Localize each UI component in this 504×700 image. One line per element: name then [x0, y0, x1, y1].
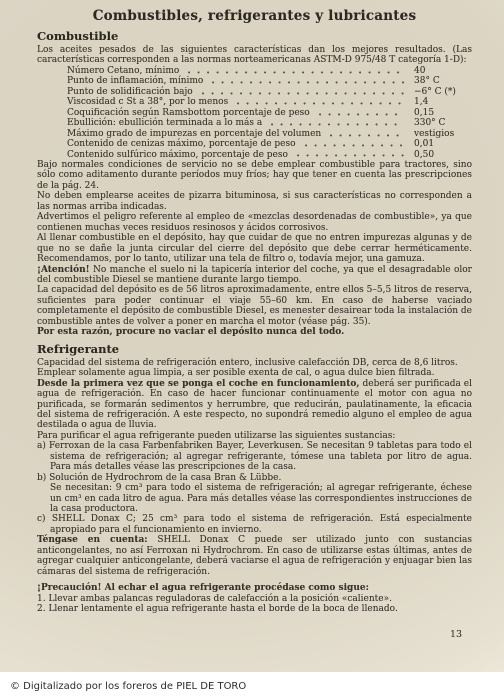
spec-label: Número Cetano, mínimo [37, 66, 179, 76]
paragraph-tractores: Bajo normales condiciones de servicio no… [37, 160, 472, 191]
page-body: CombustibleLos aceites pesados de las si… [37, 30, 472, 615]
paragraph-pizarra: No deben emplearse aceites de pizarra bi… [37, 191, 472, 212]
scanned-page: Combustibles, refrigerantes y lubricante… [0, 0, 504, 700]
paragraph-purificada: Desde la primera vez que se ponga el coc… [37, 379, 472, 431]
bold-text: Téngase en cuenta: [37, 535, 148, 545]
paragraph-sustancias: Para purificar el agua refrigerante pued… [37, 431, 472, 441]
spec-value: 0,15 [414, 108, 472, 118]
spec-label: Contenido de cenizas máximo, porcentaje … [37, 139, 296, 149]
spec-value: vestigios [414, 129, 472, 139]
text: No manche el suelo ni la tapicería inter… [37, 265, 472, 285]
spec-row: Punto de inflamación, mínimo38° C [37, 76, 472, 86]
spec-value: 0,50 [414, 150, 472, 160]
spec-label: Punto de solidificación bajo [37, 87, 193, 97]
paragraph-capacidad: La capacidad del depósito es de 56 litro… [37, 285, 472, 327]
section-heading-refrigerante: Refrigerante [37, 343, 472, 356]
dot-leader-icon [202, 92, 404, 95]
bold-text: ¡Precaución! Al echar el agua refrigeran… [37, 583, 369, 593]
spec-row: Número Cetano, mínimo40 [37, 66, 472, 76]
text: La capacidad del depósito es de 56 litro… [37, 285, 472, 326]
spec-value: 330° C [414, 118, 472, 128]
list-item-a: a) Ferroxan de la casa Farbenfabriken Ba… [37, 441, 472, 472]
spec-value: 1,4 [414, 97, 472, 107]
dot-leader-icon [297, 154, 404, 157]
bold-text: Desde la primera vez que se ponga el coc… [37, 379, 360, 389]
spec-row: Viscosidad c St a 38°, por lo menos1,4 [37, 97, 472, 107]
spec-label: Ebullición: ebullición terminada a lo má… [37, 118, 262, 128]
spec-label: Máximo grado de impurezas en porcentaje … [37, 129, 321, 139]
paragraph-tengase: Téngase en cuenta: SHELL Donax C puede s… [37, 535, 472, 577]
spec-value: 38° C [414, 76, 472, 86]
watermark-text: © Digitalizado por los foreros de PIEL D… [10, 681, 246, 692]
text: No deben emplearse aceites de pizarra bi… [37, 191, 472, 211]
spec-row: Contenido de cenizas máximo, porcentaje … [37, 139, 472, 149]
dot-leader-icon [212, 81, 404, 84]
spec-value: 0,01 [414, 139, 472, 149]
text: Para purificar el agua refrigerante pued… [37, 431, 395, 441]
procedure-step-1: 1. Llevar ambas palancas reguladoras de … [37, 594, 472, 604]
text: 1. Llevar ambas palancas reguladoras de … [37, 594, 392, 604]
bold-text: ¡Atención! [37, 265, 90, 275]
spec-value: 40 [414, 66, 472, 76]
spec-value: −6° C (*) [414, 87, 472, 97]
paragraph-mezclas: Advertimos el peligro referente al emple… [37, 212, 472, 233]
paragraph-atencion: ¡Atención! No manche el suelo ni la tapi… [37, 265, 472, 286]
text: a) Ferroxan de la casa Farbenfabriken Ba… [37, 441, 472, 472]
dot-leader-icon [305, 144, 404, 147]
spec-label: Contenido sulfúrico máximo, porcentaje d… [37, 150, 288, 160]
paragraph-intro: Los aceites pesados de las siguientes ca… [37, 45, 472, 66]
precaution-heading: ¡Precaución! Al echar el agua refrigeran… [37, 583, 472, 593]
spec-row: Ebullición: ebullición terminada a lo má… [37, 118, 472, 128]
list-item-c: c) SHELL Donax C; 25 cm³ para todo el si… [37, 514, 472, 535]
text: Al llenar combustible en el depósito, ha… [37, 233, 472, 264]
spec-label: Coquificación según Ramsbottom porcentaj… [37, 108, 310, 118]
manual-page: Combustibles, refrigerantes y lubricante… [0, 0, 504, 672]
bold-text: Refrigerante [37, 342, 119, 356]
spec-row: Coquificación según Ramsbottom porcentaj… [37, 108, 472, 118]
text: Emplear solamente agua limpia, a ser pos… [37, 368, 435, 378]
paragraph-capacidad-refrigeracion: Capacidad del sistema de refrigeración e… [37, 358, 472, 368]
spec-row: Punto de solidificación bajo−6° C (*) [37, 87, 472, 97]
paragraph-agua-limpia: Emplear solamente agua limpia, a ser pos… [37, 368, 472, 378]
text: Se necesitan: 9 cm³ para todo el sistema… [50, 483, 472, 514]
fuel-spec-list: Número Cetano, mínimo40Punto de inflamac… [37, 66, 472, 160]
spec-row: Contenido sulfúrico máximo, porcentaje d… [37, 150, 472, 160]
bold-text: Por esta razón, procure no vaciar el dep… [37, 327, 344, 337]
dot-leader-icon [319, 113, 404, 116]
paragraph-no-vaciar: Por esta razón, procure no vaciar el dep… [37, 327, 472, 337]
spec-label: Viscosidad c St a 38°, por lo menos [37, 97, 228, 107]
list-item-b-detail: Se necesitan: 9 cm³ para todo el sistema… [37, 483, 472, 514]
procedure-step-2: 2. Llenar lentamente el agua refrigerant… [37, 604, 472, 614]
dot-leader-icon [271, 123, 404, 126]
dot-leader-icon [237, 102, 404, 105]
list-item-b: b) Solución de Hydrochrom de la casa Bra… [37, 473, 472, 483]
text: b) Solución de Hydrochrom de la casa Bra… [37, 473, 281, 483]
text: 2. Llenar lentamente el agua refrigerant… [37, 604, 398, 614]
section-heading-combustible: Combustible [37, 30, 472, 43]
spec-row: Máximo grado de impurezas en porcentaje … [37, 129, 472, 139]
spec-label: Punto de inflamación, mínimo [37, 76, 203, 86]
text: c) SHELL Donax C; 25 cm³ para todo el si… [37, 514, 472, 534]
dot-leader-icon [188, 71, 404, 74]
text: Los aceites pesados de las siguientes ca… [37, 45, 472, 65]
page-number: 13 [450, 630, 462, 640]
watermark-bar: © Digitalizado por los foreros de PIEL D… [0, 672, 504, 700]
text: Bajo normales condiciones de servicio no… [37, 160, 472, 191]
page-title: Combustibles, refrigerantes y lubricante… [37, 9, 472, 24]
text: Advertimos el peligro referente al emple… [37, 212, 472, 232]
text: Capacidad del sistema de refrigeración e… [37, 358, 458, 368]
dot-leader-icon [330, 134, 404, 137]
bold-text: Combustible [37, 29, 118, 43]
paragraph-llenado: Al llenar combustible en el depósito, ha… [37, 233, 472, 264]
